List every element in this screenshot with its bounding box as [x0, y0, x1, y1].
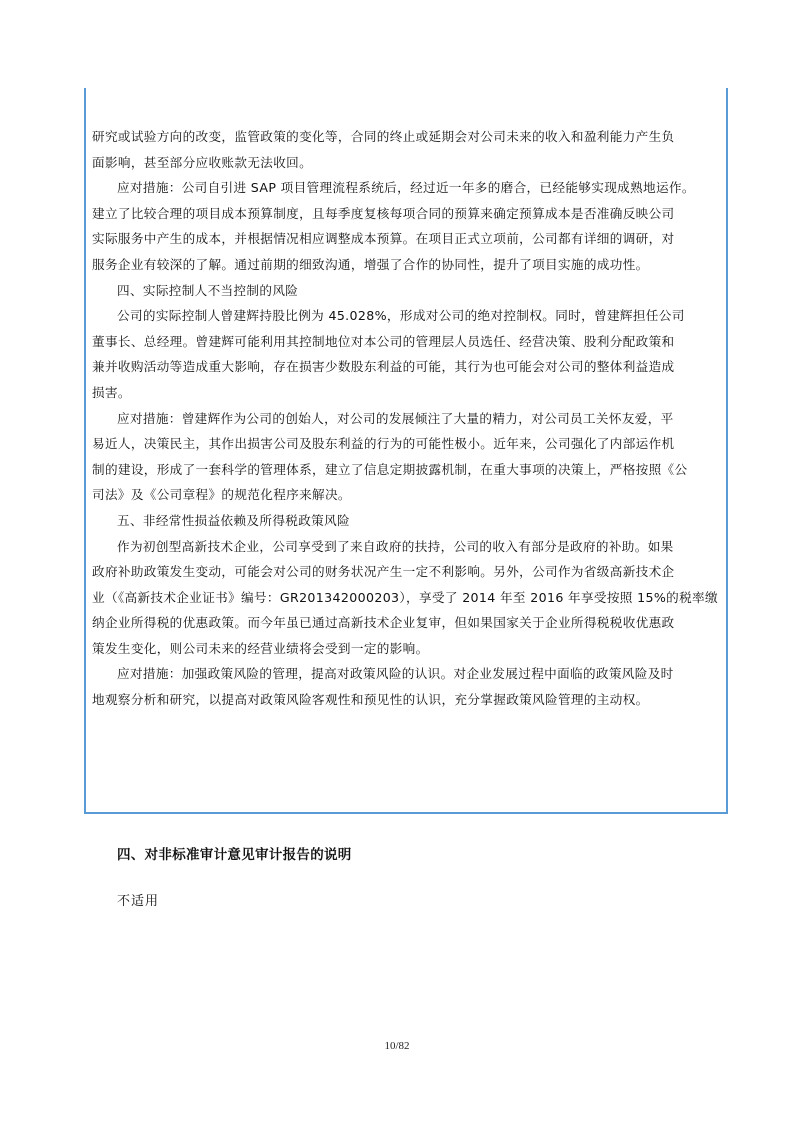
- text-line: 易近人，决策民主，其作出损害公司及股东利益的行为的可能性极小。近年来，公司强化了…: [92, 431, 722, 457]
- text-line: 董事长、总经理。曾建辉可能利用其控制地位对本公司的管理层人员选任、经营决策、股利…: [92, 329, 722, 355]
- text-line: 服务企业有较深的了解。通过前期的细致沟通，增强了合作的协同性，提升了项目实施的成…: [92, 252, 722, 278]
- countermeasure-line: 应对措施：公司自引进 SAP 项目管理流程系统后，经过近一年多的磨合，已经能够实…: [92, 175, 722, 201]
- text-line: 司法》及《公司章程》的规范化程序来解决。: [92, 482, 722, 508]
- section-heading: 四、对非标准审计意见审计报告的说明: [117, 843, 352, 863]
- page-number: 10/82: [0, 1040, 794, 1052]
- text-line: 实际服务中产生的成本，并根据情况相应调整成本预算。在项目正式立项前，公司都有详细…: [92, 226, 722, 252]
- text-line: 地观察分析和研究，以提高对政策风险客观性和预见性的认识，充分掌握政策风险管理的主…: [92, 687, 722, 713]
- text-line: 建立了比较合理的项目成本预算制度，且每季度复核每项合同的预算来确定预算成本是否准…: [92, 201, 722, 227]
- text-line: 纳企业所得税的优惠政策。而今年虽已通过高新技术企业复审，但如果国家关于企业所得税…: [92, 610, 722, 636]
- countermeasure-line: 应对措施：加强政策风险的管理，提高对政策风险的认识。对企业发展过程中面临的政策风…: [92, 661, 722, 687]
- countermeasure-line: 应对措施：曾建辉作为公司的创始人，对公司的发展倾注了大量的精力，对公司员工关怀友…: [92, 406, 722, 432]
- text-line: 损害。: [92, 380, 722, 406]
- text-line: 业（《高新技术企业证书》编号：GR201342000203），享受了 2014 …: [92, 585, 722, 611]
- text-line: 策发生变化，则公司未来的经营业绩将会受到一定的影响。: [92, 636, 722, 662]
- risk-factors-box: 研究或试验方向的改变，监管政策的变化等，合同的终止或延期会对公司未来的收入和盈利…: [84, 88, 728, 814]
- risk-heading-controller: 四、实际控制人不当控制的风险: [92, 278, 722, 304]
- text-line: 政府补助政策发生变动，可能会对公司的财务状况产生一定不利影响。另外，公司作为省级…: [92, 559, 722, 585]
- text-line: 兼并收购活动等造成重大影响，存在损害少数股东利益的可能，其行为也可能会对公司的整…: [92, 354, 722, 380]
- text-line: 面影响，甚至部分应收账款无法收回。: [92, 150, 722, 176]
- risk-factors-text: 研究或试验方向的改变，监管政策的变化等，合同的终止或延期会对公司未来的收入和盈利…: [92, 124, 722, 713]
- text-line: 公司的实际控制人曾建辉持股比例为 45.028%，形成对公司的绝对控制权。同时，…: [92, 303, 722, 329]
- text-line: 研究或试验方向的改变，监管政策的变化等，合同的终止或延期会对公司未来的收入和盈利…: [92, 124, 722, 150]
- text-line: 作为初创型高新技术企业，公司享受到了来自政府的扶持，公司的收入有部分是政府的补助…: [92, 534, 722, 560]
- risk-heading-tax-policy: 五、非经常性损益依赖及所得税政策风险: [92, 508, 722, 534]
- text-line: 制的建设，形成了一套科学的管理体系，建立了信息定期披露机制，在重大事项的决策上，…: [92, 457, 722, 483]
- section-body: 不适用: [117, 890, 159, 909]
